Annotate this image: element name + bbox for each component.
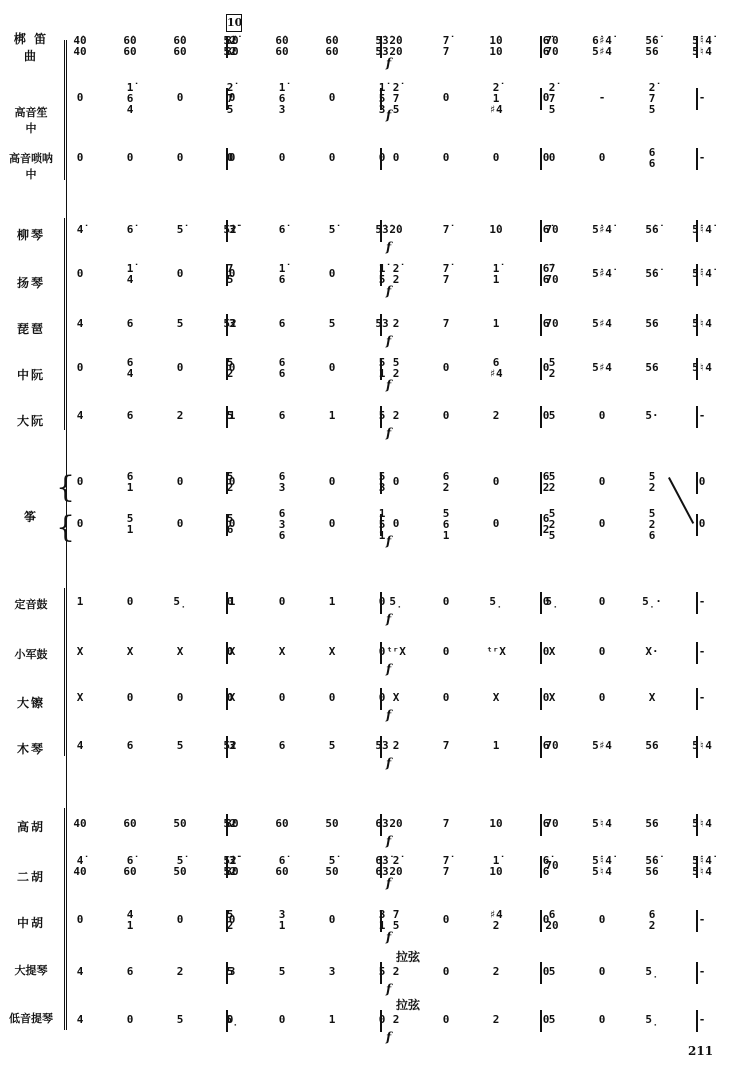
note: 0 [582,476,622,487]
note: 0 [160,92,200,103]
note: 6̇ 60 [110,855,150,877]
barline [380,688,382,710]
note: 7̇ 7 [426,263,466,285]
note: 70 [532,818,572,829]
note: - [682,1014,722,1025]
barline [380,88,382,110]
barline [226,736,228,758]
note: 6 2 [632,909,672,931]
note: 5̇ [312,224,352,235]
note: 5· [632,410,672,421]
note: 70 70 [532,35,572,57]
note: 5 [160,740,200,751]
row-xylophone: 46552365532716705♯4565♮4f [0,740,742,770]
row-zhongruan: 06 405 206 605 15 206 ♯405 25♯4565♮4f [0,362,742,392]
note: 5̇♮4̇ [682,224,722,235]
note: 1 [312,1014,352,1025]
note: 0 [426,362,466,373]
note: 2̇ 20 [376,855,416,877]
note: ♯4 2 [476,909,516,931]
note: 1̇ 10 [476,855,516,877]
dynamic-forte: f [386,426,391,440]
note: 6̣ [212,1014,252,1025]
note: 0 [160,692,200,703]
note: 5 [160,1014,200,1025]
note: 2 [476,1014,516,1025]
note: - [682,152,722,163]
note: 5 2 5 [532,508,572,541]
note: 6̇0 60 [262,35,302,57]
barline [696,148,698,170]
note: 0 [212,152,252,163]
note: 5 2 [632,471,672,493]
barline [380,1010,382,1032]
note: X [312,646,352,657]
dynamic-forte: f [386,876,391,890]
dynamic-forte: f [386,756,391,770]
note: 0 [426,646,466,657]
row-snare: XXX0XXX0ᵗʳX0ᵗʳX0X0X·-f [0,646,742,676]
barline [380,514,382,536]
note: 5 2 6 [632,508,672,541]
barline [696,962,698,984]
note: 2 [376,740,416,751]
note: 6̇ [110,224,150,235]
barline [696,642,698,664]
barline [540,962,542,984]
note: - [682,646,722,657]
barline [540,592,542,614]
barline [226,1010,228,1032]
barline [696,314,698,336]
note: 5̣ [160,596,200,607]
note: 5♮4 [682,318,722,329]
note: 0 [582,692,622,703]
note: 0 [312,692,352,703]
note: 0 [110,152,150,163]
note: - [682,692,722,703]
dynamic-forte: f [386,982,391,996]
note: X [212,646,252,657]
note: 6 [110,318,150,329]
note: 7 [426,740,466,751]
barline [226,148,228,170]
note: 6 4 [110,357,150,379]
note: 0 [262,1014,302,1025]
note: 5 2 [532,471,572,493]
note: 56 [632,362,672,373]
note: 2̇ 2 [376,263,416,285]
barline [696,736,698,758]
note: 5̇♮4̇ 5♮4 [682,855,722,877]
barline [540,148,542,170]
note: 6 [262,740,302,751]
note: 5♮4 [682,818,722,829]
note: 5 [312,318,352,329]
note: 0 [60,152,100,163]
note: 0 [376,476,416,487]
note: X [262,646,302,657]
barline [380,642,382,664]
barline [696,88,698,110]
note: 3̇ 30 [212,855,252,877]
note: 70 [532,740,572,751]
note: 0 [476,476,516,487]
note: X [160,646,200,657]
row-zheng-lower: 05 105 606 3 601 5 105 6 106 25 2 505 2 … [0,518,742,548]
barline [380,814,382,836]
barline [540,856,542,878]
note: - [682,92,722,103]
note: 0 [582,410,622,421]
note: 0 [532,152,572,163]
note: 0 [476,152,516,163]
note: 7̇ 7 [426,855,466,877]
note: 0 [312,362,352,373]
barline [540,358,542,380]
note: 5̣ [632,1014,672,1025]
barline [226,642,228,664]
barline [380,36,382,58]
dynamic-forte: f [386,662,391,676]
note: 3 [212,318,252,329]
note: 1̇0 [476,224,516,235]
note: 2 [376,1014,416,1025]
note: 0 [426,914,466,925]
note: 6 ♯4 [476,357,516,379]
rehearsal-mark: 10 [226,14,242,32]
note: 2̇ 7 5 [376,82,416,115]
note: 0 [60,92,100,103]
note: 3̇0 30 [212,35,252,57]
note: 0 [160,476,200,487]
note: 1̇ 4 [110,263,150,285]
note: 0 [426,692,466,703]
barline [540,814,542,836]
note: 1 [312,410,352,421]
note: 4 [60,318,100,329]
note: 0 [582,596,622,607]
dynamic-forte: f [386,56,391,70]
barline [540,910,542,932]
dynamic-forte: f [386,534,391,548]
dynamic-forte: f [386,108,391,122]
note: 5♯4 [582,740,622,751]
dynamic-forte: f [386,1030,391,1044]
note: 0 [312,914,352,925]
row-cello: 462535352020505̣-f拉弦 [0,966,742,996]
note: 5̣ [376,596,416,607]
barline [226,910,228,932]
dynamic-forte: f [386,284,391,298]
note: 60 [262,818,302,829]
note: 4 [60,740,100,751]
barline [696,1010,698,1032]
note: 0 [682,518,722,529]
note: 5♮4 [582,818,622,829]
note: 0 [582,646,622,657]
note: 10 [476,818,516,829]
note: 0 [60,518,100,529]
dynamic-forte: f [386,378,391,392]
note: 1 [476,318,516,329]
barline [226,814,228,836]
note: X [632,692,672,703]
barline [226,856,228,878]
note: 4 [60,1014,100,1025]
note: - [682,410,722,421]
note: 0 [160,152,200,163]
barline [380,314,382,336]
barline [226,358,228,380]
note: 7 70 [532,263,572,285]
note: 1̇ 6 [262,263,302,285]
note: 0 [582,966,622,977]
note: 50 [312,818,352,829]
note: 2̇ 1 ♯4 [476,82,516,115]
note: 0 [212,914,252,925]
note: 0 [262,152,302,163]
note: 5♯4 [582,318,622,329]
note: 0 [582,1014,622,1025]
barline [380,148,382,170]
note: 0 [426,410,466,421]
barline [540,736,542,758]
note: 6̇0 60 [312,35,352,57]
note: X [110,646,150,657]
note: 0 [582,152,622,163]
note: 6̇ 60 [262,855,302,877]
row-gaohu: 4060505230605063207106705♮4565♮4f [0,818,742,848]
note: 7 [426,818,466,829]
barline [226,514,228,536]
note: 0 [312,268,352,279]
barline [226,314,228,336]
note: 7̇ 7 [426,35,466,57]
note: 6 20 [532,909,572,931]
note: 50 [160,818,200,829]
barline [696,856,698,878]
note: 0 [212,268,252,279]
note: 7 [426,318,466,329]
dynamic-forte: f [386,334,391,348]
barline [540,688,542,710]
arco-annotation: 拉弦 [396,948,420,965]
note: 20 [376,818,416,829]
note: 0 [312,152,352,163]
barline [540,36,542,58]
dynamic-forte: f [386,834,391,848]
barline [226,962,228,984]
note: 3 [312,966,352,977]
note: 3 [212,966,252,977]
note: 6 3 [262,471,302,493]
note: 3̇ [212,224,252,235]
barline [540,314,542,336]
barline [380,736,382,758]
dynamic-forte: f [386,930,391,944]
note: 5̇6̇ [632,224,672,235]
note: 6 [110,966,150,977]
note: 5 [532,1014,572,1025]
note: 5 2 [376,357,416,379]
note: ᵗʳX [376,646,416,657]
note: 6̇0 60 [160,35,200,57]
page-number: 211 [688,1044,713,1058]
note: 5 2 [532,357,572,379]
note: 3 [212,740,252,751]
barline [696,358,698,380]
barline [380,962,382,984]
barline [380,406,382,428]
note: - [682,596,722,607]
note: 6 [110,740,150,751]
note: 5♮4 [682,740,722,751]
note: X [532,692,572,703]
barline [696,264,698,286]
note: ᵗʳX [476,646,516,657]
barline [540,220,542,242]
note: 0 [262,596,302,607]
note: 70 [532,224,572,235]
note: X [60,692,100,703]
note: 5̇6̇ 56 [632,35,672,57]
note: 2 [376,410,416,421]
barline [226,264,228,286]
note: 2 [476,966,516,977]
note: 0 [60,476,100,487]
barline [540,88,542,110]
note: X [376,692,416,703]
note: 2 [376,318,416,329]
row-sheng: 01̇ 6 402̇ 7 501̇ 6 301̇ 5 32̇ 7 502̇ 1 … [0,92,742,122]
note: 6 2 [426,471,466,493]
note: 5̇ 50 [312,855,352,877]
note: 1 [212,596,252,607]
note: 0 [160,518,200,529]
note: 5̣ [632,966,672,977]
barline [226,472,228,494]
note: 0 [582,518,622,529]
note: 6 [110,410,150,421]
note: 0 [110,692,150,703]
note: 70 [532,860,572,871]
note: 5̇ 50 [160,855,200,877]
barline [226,406,228,428]
note: 0 [312,476,352,487]
note: 0 [212,362,252,373]
dynamic-forte: f [386,612,391,626]
note: 6̇♯4̇ 5♯4 [582,35,622,57]
note: X [476,692,516,703]
barline [380,592,382,614]
note: 0 [60,362,100,373]
dynamic-forte: f [386,708,391,722]
barline [380,220,382,242]
note: 60 [110,818,150,829]
barline [380,910,382,932]
note: 6 [262,410,302,421]
note: X [212,692,252,703]
note: 6̇0 60 [110,35,150,57]
note: X· [632,646,672,657]
barline [226,592,228,614]
note: 5̇♮4̇ 5♮4 [582,855,622,877]
note: 2 [160,410,200,421]
barline [226,36,228,58]
row-zhonghu: 04 105 203 103 17 50♯4 206 2006 2-f [0,914,742,944]
barline [696,910,698,932]
barline [696,688,698,710]
note: 5̇♮4̇ 5♮4 [682,35,722,57]
barline [696,472,698,494]
barline [380,472,382,494]
note: 2̇ 7 5 [532,82,572,115]
note: 5̣· [632,596,672,607]
row-contrabass: 40506̣0102020505̣-f拉弦 [0,1014,742,1044]
note: 0 [312,518,352,529]
note: 0 [476,518,516,529]
note: 5 [312,740,352,751]
row-erhu: 4̇ 406̇ 605̇ 505̇2̇ 523̇ 306̇ 605̇ 506̇3… [0,860,742,890]
note: 30 [212,818,252,829]
note: - [682,966,722,977]
barline [696,814,698,836]
note: 2 [160,966,200,977]
note: 1̇ 6 4 [110,82,150,115]
barline [380,264,382,286]
row-liuqin: 4̇6̇5̇5̇2̇3̇6̇5̇5̇3̇2̇07̇1̇06̇705̇♯4̇5̇6… [0,224,742,254]
note: 2 [376,966,416,977]
note: 0 [426,596,466,607]
note: - [682,914,722,925]
barline [696,592,698,614]
note: 1 [60,596,100,607]
note: 0 [426,1014,466,1025]
note: 5 [532,966,572,977]
note: 56 [632,818,672,829]
note: X [60,646,100,657]
note: 0 [60,268,100,279]
note: 1̇0 10 [476,35,516,57]
note: 0 [212,476,252,487]
note: 56 [632,740,672,751]
dynamic-forte: f [386,240,391,254]
note: 1 [212,410,252,421]
row-bangdi: 4̇0 406̇0 606̇0 605̇2̇ 523̇0 306̇0 606̇0… [0,40,742,70]
note: 5̣ [532,596,572,607]
note: 5̇6̇ 56 [632,855,672,877]
note: 5̇♮4̇ [682,268,722,279]
barline [380,358,382,380]
note: 0 [110,596,150,607]
barline [380,856,382,878]
barline [540,514,542,536]
row-yangqin: 01̇ 407 501̇ 601̇ 52̇ 27̇ 71̇ 16̇ 67 705… [0,268,742,298]
note: 2̇ 7 5 [632,82,672,115]
note: 0 [110,1014,150,1025]
barline [540,642,542,664]
note: 2̇0 20 [376,35,416,57]
score-page: 10 梆 笛 曲 高音笙 中 高音唢呐 中 柳琴 扬琴 琵琶 中阮 大阮 筝 定… [0,0,742,1080]
note: 0 [426,152,466,163]
note: - [582,92,622,103]
note: 0 [160,914,200,925]
note: 1̇ 1 [476,263,516,285]
barline [696,36,698,58]
note: 4̇0 40 [60,35,100,57]
barline [540,1010,542,1032]
